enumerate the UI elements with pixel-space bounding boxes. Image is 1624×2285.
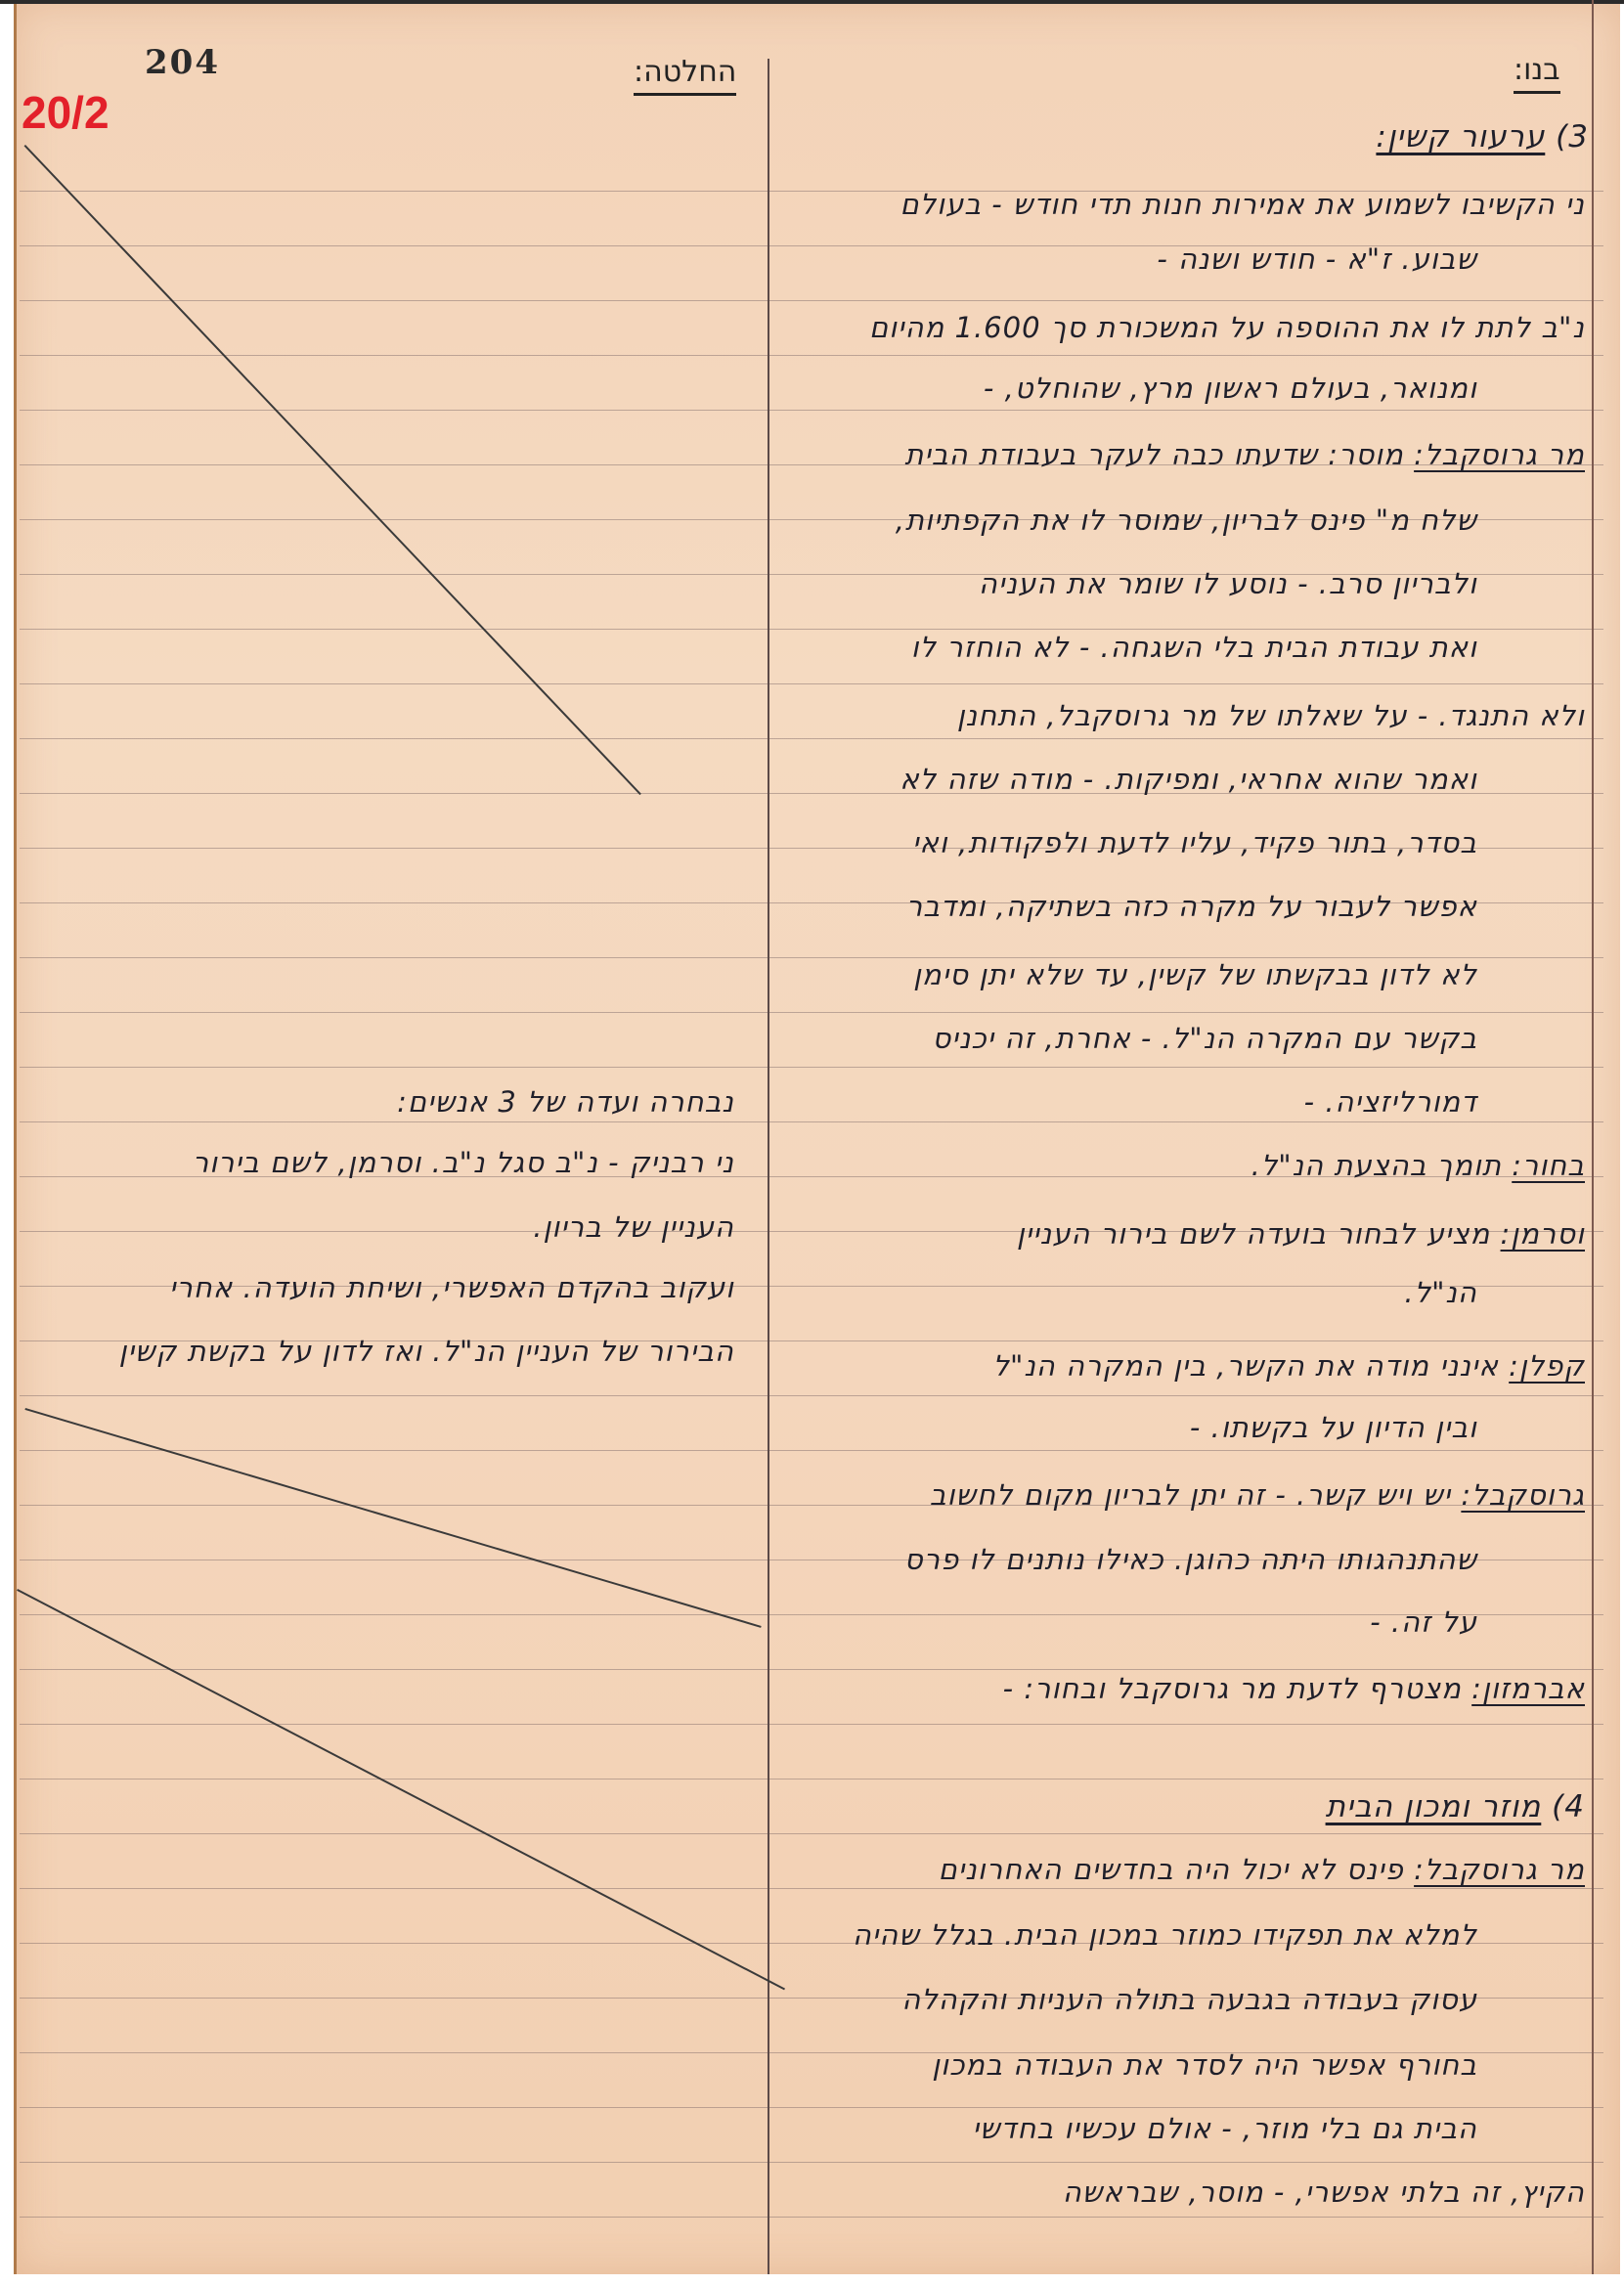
item-3-heading: 3) ערעור קשין: bbox=[1376, 119, 1589, 154]
right-margin-line bbox=[1592, 0, 1594, 2274]
content-line: הבית גם בלי מוזר, - אולם עכשיו בחדשי bbox=[973, 2112, 1477, 2145]
content-line: ולא התנגד. - על שאלתו של מר גרוסקבל, התח… bbox=[957, 699, 1585, 732]
speaker-label: אברמזון: bbox=[1471, 1672, 1585, 1705]
speaker-label: מר גרוסקבל: bbox=[1414, 1853, 1585, 1886]
content-line: שבוע. ז"א - חודש ושנה - bbox=[1157, 242, 1477, 276]
content-line: ומנואר, בעולם ראשון מרץ, שהוחלט, - bbox=[984, 372, 1477, 405]
content-line: ובין הדיון על בקשתו. - bbox=[1190, 1411, 1477, 1444]
decision-line: ועקוב בהקדם האפשרי, ושיחת הועדה. אחרי bbox=[169, 1271, 734, 1304]
content-line: שהתנהגותו היתה כהוגן. כאילו נותנים לו פר… bbox=[904, 1543, 1477, 1576]
content-line: דמורליזציה. - bbox=[1304, 1085, 1477, 1119]
content-line: ני הקשיבו לשמוע את אמירות חנות תדי חודש … bbox=[900, 188, 1585, 221]
content-line: על זה. - bbox=[1370, 1605, 1477, 1639]
speaker-label: גרוסקבל: bbox=[1461, 1478, 1585, 1512]
speech-bachur: בחור: תומך בהצעת הנ"ל. bbox=[1251, 1149, 1585, 1182]
page-number: 204 bbox=[145, 43, 220, 82]
scan-bottom-edge bbox=[0, 2274, 1624, 2285]
decision-line: ני רבניק - נ"ב סגל נ"ב. וסרמן, לשם בירור bbox=[193, 1146, 734, 1179]
speech-wasserman: וסרמן: מציע לבחור בועדה לשם בירור העניין bbox=[1017, 1217, 1585, 1251]
speech-gross-1: מר גרוסקבל: מוסר: שדעתו כבה לעקר בעבודת … bbox=[904, 438, 1585, 471]
decision-column-header: החלטה: bbox=[634, 55, 736, 96]
content-column-header: בנו: bbox=[1514, 53, 1560, 94]
column-divider bbox=[768, 59, 769, 2274]
decision-line: העניין של בריון. bbox=[533, 1210, 734, 1244]
item-3-number: 3) bbox=[1556, 119, 1589, 154]
content-line: הקיץ, זה בלתי אפשרי, - מוסר, שבראשה bbox=[1063, 2175, 1585, 2209]
content-line: הנ"ל. bbox=[1404, 1276, 1477, 1309]
content-line: בקשר עם המקרה הנ"ל. - אחרת, זה יכניס bbox=[933, 1022, 1477, 1055]
content-line: עסוק בעבודה בגבעה בתולה העניות והקהלה bbox=[901, 1983, 1477, 2016]
decision-title: נבחרה ועדה של 3 אנשים: bbox=[397, 1085, 734, 1119]
speaker-label: קפלן: bbox=[1509, 1349, 1585, 1383]
speaker-label: בחור: bbox=[1512, 1149, 1585, 1182]
speech-abramson: אברמזון: מצטרף לדעת מר גרוסקבל ובחור: - bbox=[1003, 1672, 1585, 1705]
content-line: למלא את תפקידו כמוזר במכון הבית. בגלל שה… bbox=[853, 1918, 1477, 1952]
content-line: ולבריון סרב. - נוסע לו שומר את העניה bbox=[979, 567, 1477, 600]
content-line: בסדר, בתור פקיד, עליו לדעת ולפקודות, ואי bbox=[912, 826, 1477, 859]
content-line: ואמר שהוא אחראי, ומפיקות. - מודה שזה לא bbox=[900, 763, 1477, 796]
speech-gross-2: גרוסקבל: יש ויש קשר. - זה יתן לבריון מקו… bbox=[930, 1478, 1585, 1512]
speaker-label: וסרמן: bbox=[1501, 1217, 1585, 1251]
archive-stamp: 20/2 bbox=[22, 86, 110, 139]
item-4-title: מוזר ומכון הבית bbox=[1326, 1789, 1542, 1824]
speaker-label: מר גרוסקבל: bbox=[1414, 438, 1585, 471]
item-4-heading: 4) מוזר ומכון הבית bbox=[1326, 1789, 1585, 1824]
content-line: בחורף אפשר היה לסדר את העבודה במכון bbox=[932, 2048, 1477, 2082]
speech-kaplan: קפלן: אינני מודה את הקשר, בין המקרה הנ"ל bbox=[993, 1349, 1586, 1383]
speech-gross-3: מר גרוסקבל: פינס לא יכול היה בחדשים האחר… bbox=[939, 1853, 1585, 1886]
content-line: ואת עבודת הבית בלי השגחה. - לא הוחזר לו bbox=[911, 631, 1477, 664]
content-line: נ"ב לתת לו את ההוספה על המשכורת סך 1.600… bbox=[869, 311, 1585, 344]
decision-line: הבירור של העניין הנ"ל. ואז לדון על בקשת … bbox=[119, 1335, 734, 1368]
item-3-title: ערעור קשין: bbox=[1376, 119, 1545, 154]
content-line: שלח מ" פינס לבריון, שמוסר לו את הקפתיות, bbox=[896, 504, 1477, 537]
item-4-number: 4) bbox=[1552, 1789, 1585, 1824]
content-line: אפשר לעבור על מקרה כזה בשתיקה, ומדבר bbox=[906, 890, 1477, 923]
content-line: לא לדון בבקשתו של קשין, עד שלא יתן סימן bbox=[913, 958, 1477, 991]
